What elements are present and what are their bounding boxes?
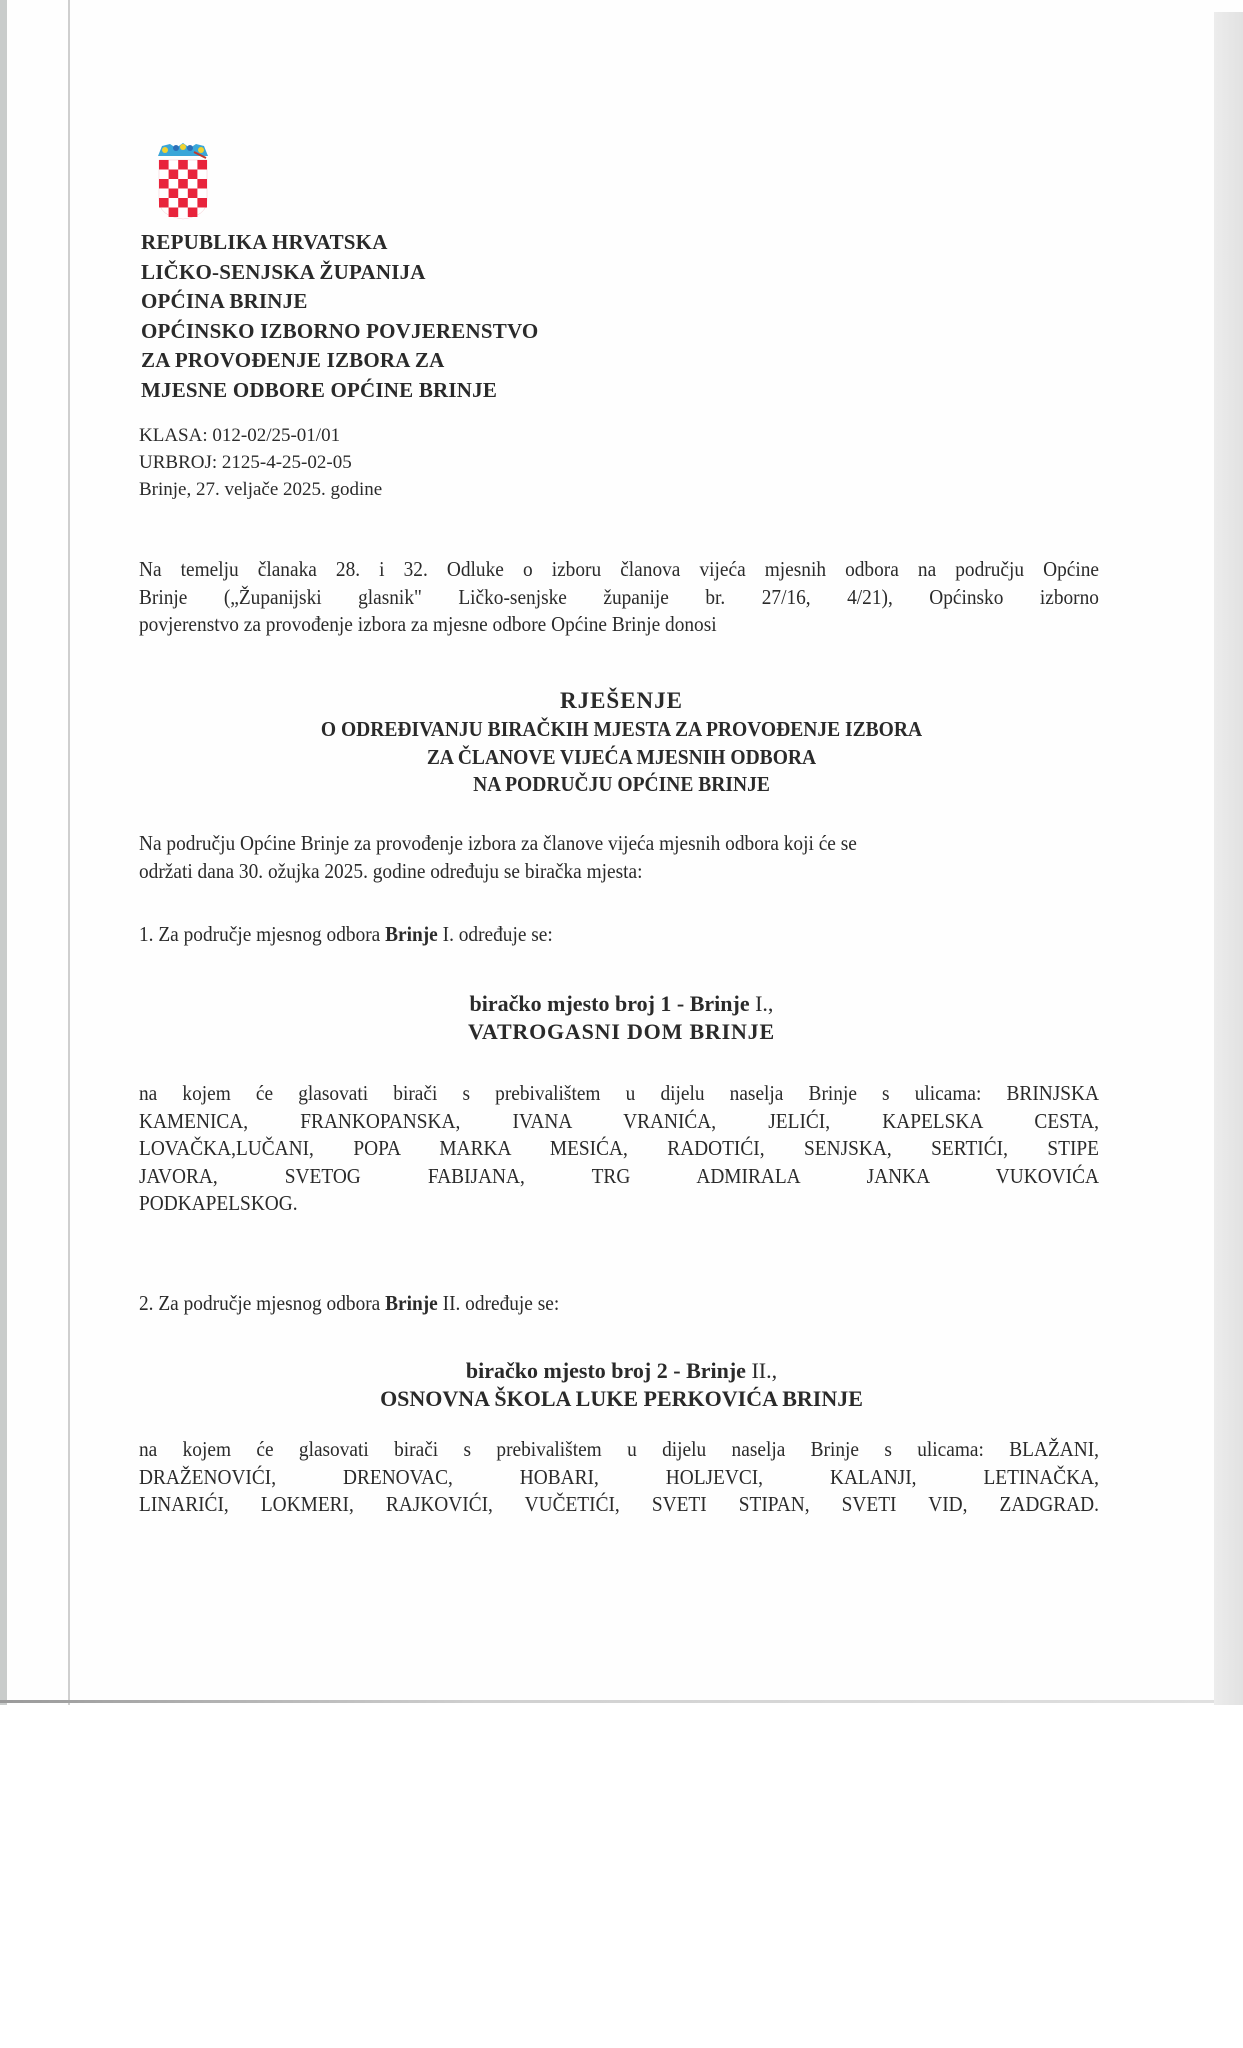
polling-station-1: biračko mjesto broj 1 - Brinje I., VATRO…	[0, 990, 1243, 1045]
document-title: RJEŠENJE	[0, 688, 1243, 714]
preamble-line: Na temelju članaka 28. i 32. Odluke o iz…	[139, 556, 1099, 584]
preamble-paragraph: Na temelju članaka 28. i 32. Odluke o iz…	[139, 556, 1099, 639]
section-2-heading: 2. Za područje mjesnog odbora Brinje II.…	[139, 1290, 1099, 1318]
urbroj: URBROJ: 2125-4-25-02-05	[139, 449, 382, 476]
section-prefix: 2. Za područje mjesnog odbora	[139, 1291, 385, 1315]
polling-station-number: biračko mjesto broj 2 - Brinje	[466, 1358, 746, 1383]
intro-line: održati dana 30. ožujka 2025. godine odr…	[139, 858, 1099, 886]
subtitle-line: ZA ČLANOVE VIJEĆA MJESNIH ODBORA	[44, 744, 1200, 772]
place-date: Brinje, 27. veljače 2025. godine	[139, 476, 382, 503]
scanned-page: REPUBLIKA HRVATSKA LIČKO-SENJSKA ŽUPANIJ…	[0, 0, 1243, 1705]
section-suffix: I. određuje se:	[438, 922, 553, 946]
streets-line: JAVORA, SVETOG FABIJANA, TRG ADMIRALA JA…	[139, 1163, 1099, 1191]
header-line: OPĆINA BRINJE	[141, 287, 538, 317]
scan-right-margin	[1214, 12, 1243, 1705]
subtitle-line: NA PODRUČJU OPĆINE BRINJE	[44, 771, 1200, 799]
streets-line: LOVAČKA,LUČANI, POPA MARKA MESIĆA, RADOT…	[139, 1135, 1099, 1163]
polling-station-location: VATROGASNI DOM BRINJE	[0, 1018, 1243, 1046]
streets-line: KAMENICA, FRANKOPANSKA, IVANA VRANIĆA, J…	[139, 1108, 1099, 1136]
klasa: KLASA: 012-02/25-01/01	[139, 422, 382, 449]
section-1-heading: 1. Za područje mjesnog odbora Brinje I. …	[139, 921, 1099, 949]
intro-line: Na području Općine Brinje za provođenje …	[139, 830, 1099, 858]
section-committee: Brinje	[385, 922, 438, 946]
streets-line: na kojem će glasovati birači s prebivali…	[139, 1436, 1099, 1464]
header-line: REPUBLIKA HRVATSKA	[141, 228, 538, 258]
header-line: ZA PROVOĐENJE IZBORA ZA	[141, 346, 538, 376]
preamble-line: Brinje („Županijski glasnik" Ličko-senjs…	[139, 584, 1099, 612]
section-2-streets: na kojem će glasovati birači s prebivali…	[139, 1436, 1099, 1519]
polling-station-number: biračko mjesto broj 1 - Brinje	[470, 991, 750, 1016]
intro-paragraph: Na području Općine Brinje za provođenje …	[139, 830, 1099, 885]
section-suffix: II. određuje se:	[438, 1291, 559, 1315]
streets-line: LINARIĆI, LOKMERI, RAJKOVIĆI, VUČETIĆI, …	[139, 1491, 1099, 1519]
header-line: MJESNE ODBORE OPĆINE BRINJE	[141, 376, 538, 406]
section-prefix: 1. Za područje mjesnog odbora	[139, 922, 385, 946]
streets-line: DRAŽENOVIĆI, DRENOVAC, HOBARI, HOLJEVCI,…	[139, 1464, 1099, 1492]
reference-block: KLASA: 012-02/25-01/01 URBROJ: 2125-4-25…	[139, 422, 382, 503]
section-committee: Brinje	[385, 1291, 438, 1315]
subtitle-line: O ODREĐIVANJU BIRAČKIH MJESTA ZA PROVOĐE…	[44, 716, 1200, 744]
section-1-streets: na kojem će glasovati birači s prebivali…	[139, 1080, 1099, 1218]
streets-line: na kojem će glasovati birači s prebivali…	[139, 1080, 1099, 1108]
issuer-header: REPUBLIKA HRVATSKA LIČKO-SENJSKA ŽUPANIJ…	[141, 228, 538, 405]
polling-station-location: OSNOVNA ŠKOLA LUKE PERKOVIĆA BRINJE	[0, 1385, 1243, 1413]
streets-line: PODKAPELSKOG.	[139, 1190, 1099, 1218]
document-subtitle: O ODREĐIVANJU BIRAČKIH MJESTA ZA PROVOĐE…	[0, 716, 1243, 799]
croatian-coat-of-arms-icon	[156, 142, 210, 220]
scan-left-margin	[0, 0, 7, 1705]
header-line: OPĆINSKO IZBORNO POVJERENSTVO	[141, 317, 538, 347]
preamble-line: povjerenstvo za provođenje izbora za mje…	[139, 611, 1099, 639]
header-line: LIČKO-SENJSKA ŽUPANIJA	[141, 258, 538, 288]
polling-station-2: biračko mjesto broj 2 - Brinje II., OSNO…	[0, 1357, 1243, 1412]
scan-bottom-edge	[0, 1700, 1214, 1703]
scan-fold-line	[68, 0, 70, 1705]
